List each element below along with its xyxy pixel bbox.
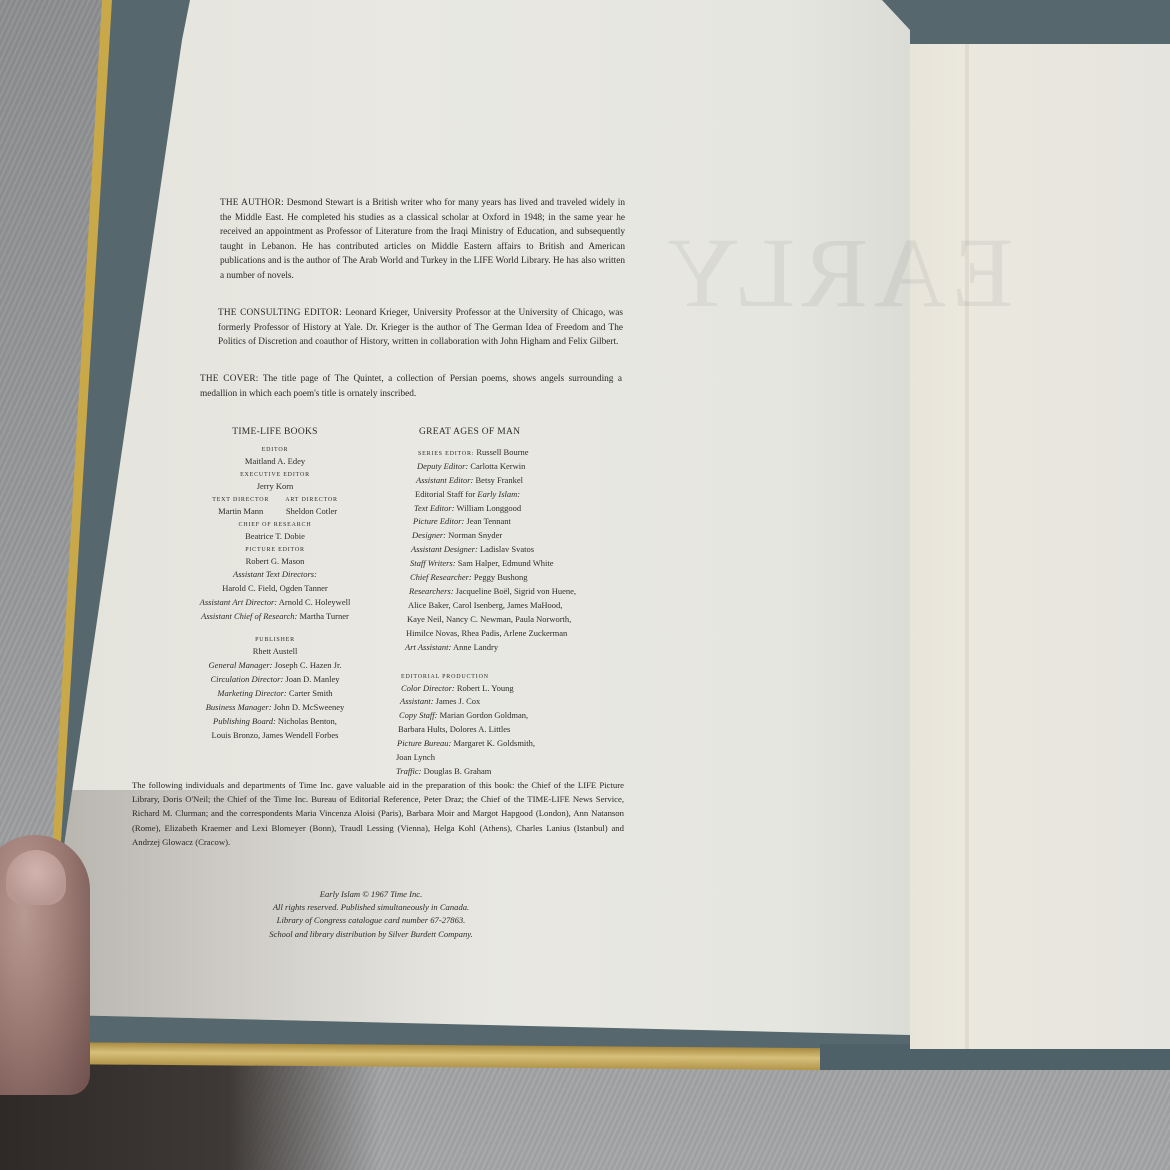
publisher-label: PUBLISHER xyxy=(160,636,390,645)
right-page-fold xyxy=(965,44,969,1049)
great-ages-credits: GREAT AGES OF MAN SERIES EDITOR: Russell… xyxy=(406,426,626,779)
consulting-editor-bio: THE CONSULTING EDITOR: Leonard Krieger, … xyxy=(218,306,623,350)
staff-writers-label: Staff Writers: xyxy=(410,558,456,568)
copyright-line-2: All rights reserved. Published simultane… xyxy=(226,901,516,914)
text-director-label: TEXT DIRECTOR xyxy=(212,496,269,505)
researchers-names-4: Himilce Novas, Rhea Padis, Arlene Zucker… xyxy=(406,627,626,641)
copy-staff-names-1: Marian Gordon Goldman, xyxy=(440,710,529,720)
researchers-label: Researchers: xyxy=(409,586,454,596)
cover-label: THE COVER: xyxy=(200,374,259,384)
asst-chief-research-label: Assistant Chief of Research: xyxy=(201,611,297,621)
text-director-name: Martin Mann xyxy=(212,505,269,519)
acknowledgments: The following individuals and department… xyxy=(132,778,624,849)
production-assistant-name: James J. Cox xyxy=(436,696,481,706)
right-page xyxy=(910,44,1170,1049)
copyright-line-4: School and library distribution by Silve… xyxy=(226,928,516,941)
author-text: Desmond Stewart is a British writer who … xyxy=(220,198,625,281)
picture-editor-name: Robert G. Mason xyxy=(160,555,390,569)
chief-research-label: CHIEF OF RESEARCH xyxy=(160,521,390,530)
asst-chief-research-name: Martha Turner xyxy=(300,611,349,621)
picture-bureau-names-2: Joan Lynch xyxy=(396,751,626,765)
designer-label: Designer: xyxy=(412,530,446,540)
great-ages-heading: GREAT AGES OF MAN xyxy=(419,426,626,440)
production-assistant-label: Assistant: xyxy=(400,696,434,706)
series-editor-name: Russell Bourne xyxy=(476,447,528,457)
thumbnail-nail xyxy=(6,850,66,905)
circulation-director-label: Circulation Director: xyxy=(211,674,284,684)
time-life-books-heading: TIME-LIFE BOOKS xyxy=(160,426,390,440)
assistant-designer-name: Ladislav Svatos xyxy=(480,544,534,554)
marketing-director-label: Marketing Director: xyxy=(217,688,286,698)
picture-bureau-label: Picture Bureau: xyxy=(397,738,451,748)
color-director-name: Robert L. Young xyxy=(457,683,514,693)
assistant-designer-label: Assistant Designer: xyxy=(411,544,478,554)
designer-name: Norman Snyder xyxy=(448,530,502,540)
assistant-editor-label: Assistant Editor: xyxy=(416,475,473,485)
ga-picture-editor-label: Picture Editor: xyxy=(413,516,464,526)
editorial-staff-label: Editorial Staff for xyxy=(415,489,475,499)
editorial-production-label: EDITORIAL PRODUCTION xyxy=(401,673,626,682)
deputy-editor-name: Carlotta Kerwin xyxy=(470,461,525,471)
text-editor-label: Text Editor: xyxy=(414,503,455,513)
researchers-names-1: Jacqueline Boël, Sigrid von Huene, xyxy=(456,586,576,596)
art-director-name: Sheldon Cotler xyxy=(285,505,338,519)
chief-researcher-name: Peggy Bushong xyxy=(474,572,528,582)
asst-art-director-name: Arnold C. Holeywell xyxy=(279,597,351,607)
general-manager-name: Joseph C. Hazen Jr. xyxy=(275,660,342,670)
assistant-editor-name: Betsy Frankel xyxy=(476,475,523,485)
color-director-label: Color Director: xyxy=(401,683,455,693)
art-assistant-label: Art Assistant: xyxy=(405,642,451,652)
traffic-label: Traffic: xyxy=(396,766,422,776)
editor-label: EDITOR xyxy=(160,446,390,455)
marketing-director-name: Carter Smith xyxy=(289,688,333,698)
chief-research-name: Beatrice T. Dobie xyxy=(160,530,390,544)
directors-row: TEXT DIRECTOR Martin Mann ART DIRECTOR S… xyxy=(160,494,390,519)
author-bio: THE AUTHOR: Desmond Stewart is a British… xyxy=(220,196,625,284)
asst-text-directors-label: Assistant Text Directors: xyxy=(160,568,390,582)
asst-art-director-label: Assistant Art Director: xyxy=(200,597,277,607)
cover-description: THE COVER: The title page of The Quintet… xyxy=(200,372,622,401)
show-through-title: EARLY xyxy=(660,215,1013,330)
chief-researcher-label: Chief Researcher: xyxy=(410,572,472,582)
circulation-director-name: Joan D. Manley xyxy=(285,674,339,684)
publishing-board-names-2: Louis Bronzo, James Wendell Forbes xyxy=(160,729,390,743)
executive-editor-label: EXECUTIVE EDITOR xyxy=(160,471,390,480)
publisher-name: Rhett Austell xyxy=(160,645,390,659)
general-manager-label: General Manager: xyxy=(209,660,273,670)
cover-text: The title page of The Quintet, a collect… xyxy=(200,374,622,399)
art-assistant-name: Anne Landry xyxy=(453,642,498,652)
researchers-names-3: Kaye Neil, Nancy C. Newman, Paula Norwor… xyxy=(407,613,626,627)
publishing-board-names: Nicholas Benton, xyxy=(278,716,337,726)
executive-editor-name: Jerry Korn xyxy=(160,480,390,494)
staff-writers-names: Sam Halper, Edmund White xyxy=(458,558,554,568)
deputy-editor-label: Deputy Editor: xyxy=(417,461,468,471)
business-manager-name: John D. McSweeney xyxy=(274,702,345,712)
ga-picture-editor-name: Jean Tennant xyxy=(467,516,511,526)
copyright-line-1: Early Islam © 1967 Time Inc. xyxy=(226,888,516,901)
copyright-block: Early Islam © 1967 Time Inc. All rights … xyxy=(226,888,516,941)
copyright-line-3: Library of Congress catalogue card numbe… xyxy=(226,914,516,927)
publishing-board-label: Publishing Board: xyxy=(213,716,276,726)
copy-staff-names-2: Barbara Hults, Dolores A. Littles xyxy=(398,723,626,737)
picture-editor-label: PICTURE EDITOR xyxy=(160,546,390,555)
text-editor-name: William Longgood xyxy=(457,503,522,513)
editor-name: Maitland A. Edey xyxy=(160,455,390,469)
traffic-name: Douglas B. Graham xyxy=(424,766,492,776)
copy-staff-label: Copy Staff: xyxy=(399,710,437,720)
editorial-staff-book: Early Islam: xyxy=(477,489,520,499)
picture-bureau-names-1: Margaret K. Goldsmith, xyxy=(454,738,536,748)
time-life-books-credits: TIME-LIFE BOOKS EDITOR Maitland A. Edey … xyxy=(160,426,390,742)
author-label: THE AUTHOR: xyxy=(220,198,284,208)
series-editor-label: SERIES EDITOR: xyxy=(418,451,474,457)
asst-text-directors-names: Harold C. Field, Ogden Tanner xyxy=(160,582,390,596)
business-manager-label: Business Manager: xyxy=(206,702,272,712)
art-director-label: ART DIRECTOR xyxy=(285,496,338,505)
researchers-names-2: Alice Baker, Carol Isenberg, James MaHoo… xyxy=(408,599,626,613)
consulting-editor-label: THE CONSULTING EDITOR: xyxy=(218,308,342,318)
